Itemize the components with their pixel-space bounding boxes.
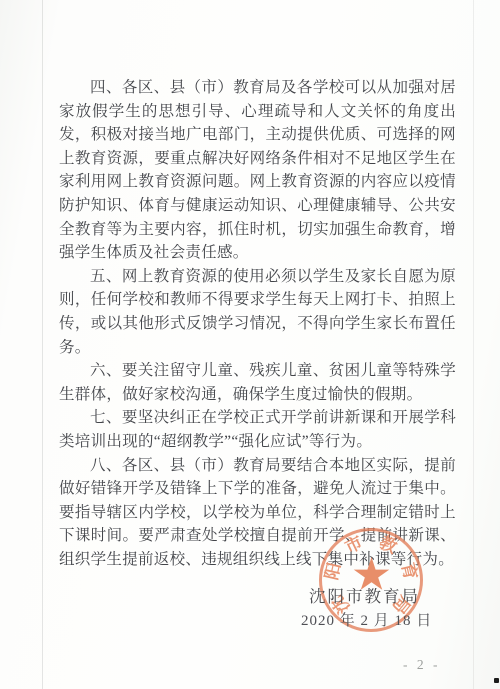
paragraph-7: 七、要坚决纠正在学校正式开学前讲新课和开展学科类培训出现的“超纲教学”“强化应试…: [59, 406, 456, 453]
document-page: 四、各区、县（市）教育局及各学校可以从加强对居家放假学生的思想引导、心理疏导和人…: [0, 0, 500, 689]
scan-edge-line-left: [42, 0, 43, 689]
signature-organization: 沈阳市教育局: [309, 583, 420, 607]
signature-date: 2020 年 2 月 18 日: [301, 609, 432, 630]
seal-arc-char: 育: [399, 561, 419, 581]
paragraph-5: 五、网上教育资源的使用必须以学生及家长自愿为原则，任何学校和教师不得要求学生每天…: [59, 265, 456, 359]
seal-arc-char: 阳: [323, 561, 343, 581]
scan-artifact-dot: [494, 678, 499, 683]
document-body: 四、各区、县（市）教育局及各学校可以从加强对居家放假学生的思想引导、心理疏导和人…: [59, 76, 456, 571]
seal-arc-char: 市: [343, 534, 366, 557]
scan-edge-line-right: [473, 0, 474, 689]
paragraph-4: 四、各区、县（市）教育局及各学校可以从加强对居家放假学生的思想引导、心理疏导和人…: [59, 76, 456, 265]
paragraph-6: 六、要关注留守儿童、残疾儿童、贫困儿童等特殊学生群体，做好家校沟通，确保学生度过…: [59, 359, 456, 406]
page-number: - 2 -: [403, 657, 441, 673]
seal-arc-char: 教: [377, 534, 400, 557]
